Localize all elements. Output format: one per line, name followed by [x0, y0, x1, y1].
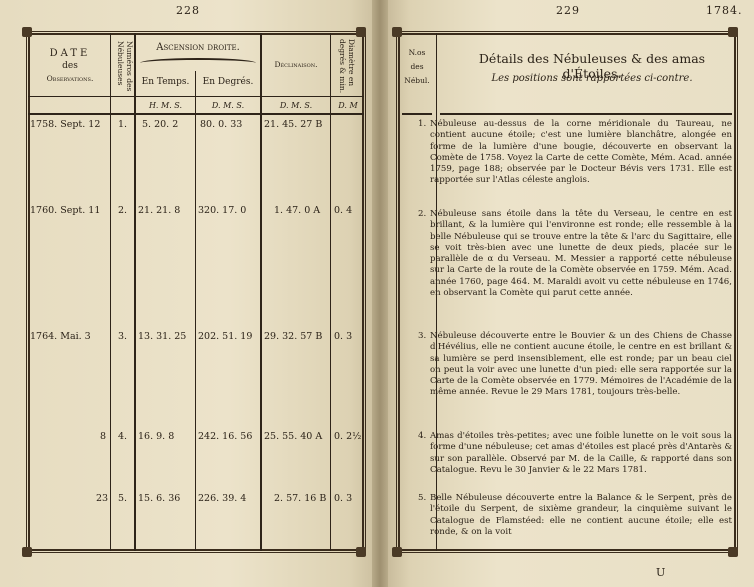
details-section: N.os des Nébul. Détails des Nébuleuses &…	[398, 33, 736, 551]
header-rule	[28, 96, 364, 97]
cell-date: 1758. Sept. 12	[30, 119, 100, 130]
column-divider	[330, 33, 331, 551]
page-year: 1784.	[706, 4, 743, 17]
cell-temps: 21. 21. 8	[138, 205, 180, 216]
cell-temps: 15. 6. 36	[138, 493, 180, 504]
cell-degres: 80. 0. 33	[200, 119, 242, 130]
cell-temps: 16. 9. 8	[138, 431, 174, 442]
entry-text: Belle Nébuleuse découverte entre la Bala…	[430, 493, 732, 538]
page-number: 228	[176, 4, 200, 17]
header-date-sub: des	[32, 61, 108, 72]
cell-num: 3.	[118, 331, 127, 342]
cell-diam: 0. 3	[334, 493, 352, 504]
left-page: 228 DATE des Observations. Numéros des N…	[0, 0, 380, 587]
cell-decl: 1. 47. 0 A	[274, 205, 320, 216]
header-numbers: des	[398, 61, 436, 72]
cell-diam: 0. 3	[334, 331, 352, 342]
observations-table: DATE des Observations. Numéros des Nébul…	[28, 33, 364, 551]
cell-temps: 5. 20. 2	[142, 119, 178, 130]
column-divider	[110, 33, 111, 551]
column-divider	[195, 71, 196, 551]
unit-dms: D. M. S.	[262, 100, 330, 111]
header-ascension: Ascension droite.	[136, 42, 260, 53]
header-date-sub: Observations.	[32, 73, 108, 84]
cell-num: 5.	[118, 493, 127, 504]
cell-decl: 21. 45. 27 B	[264, 119, 322, 130]
cell-date: 1764. Mai. 3	[30, 331, 91, 342]
header-declinaison: Déclinaison.	[262, 59, 330, 70]
cell-date: 23	[96, 493, 108, 504]
cell-date: 1760. Sept. 11	[30, 205, 100, 216]
page-number: 229	[556, 4, 580, 17]
cell-degres: 242. 16. 56	[198, 431, 252, 442]
header-diametre: Diamètre en degrés & min.	[338, 39, 356, 95]
cell-num: 2.	[118, 205, 127, 216]
entry-text: Nébuleuse sans étoile dans la tête du Ve…	[430, 209, 732, 299]
book-gutter	[372, 0, 388, 587]
entry-text: Nébuleuse au-dessus de la corne méridion…	[430, 119, 732, 187]
header-en-temps: En Temps.	[136, 77, 195, 88]
cell-degres: 226. 39. 4	[198, 493, 246, 504]
header-numbers: Numéros des Nébuleuses	[116, 41, 134, 93]
brace-icon	[140, 58, 256, 68]
page-subtitle: Les positions sont rapportées ci-contre.	[448, 73, 736, 84]
header-rule	[440, 113, 732, 115]
signature-mark: U	[656, 566, 665, 579]
cell-decl: 25. 55. 40 A	[264, 431, 322, 442]
cell-date: 8	[100, 431, 106, 442]
cell-temps: 13. 31. 25	[138, 331, 186, 342]
cell-decl: 29. 32. 57 B	[264, 331, 322, 342]
entry-text: Nébuleuse découverte entre le Bouvier & …	[430, 331, 732, 399]
unit-dm: D. M	[332, 100, 364, 111]
unit-dms: D. M. S.	[196, 100, 260, 111]
entry-text: Amas d'étoiles très-petites; avec une fo…	[430, 431, 732, 476]
header-rule	[402, 113, 432, 115]
cell-diam: 0. 4	[334, 205, 352, 216]
cell-diam: 0. 2½	[334, 431, 361, 442]
cell-decl: 2. 57. 16 B	[274, 493, 326, 504]
cell-num: 4.	[118, 431, 127, 442]
unit-hms: H. M. S.	[136, 100, 195, 111]
header-date: DATE	[32, 48, 108, 59]
cell-num: 1.	[118, 119, 127, 130]
header-numbers: N.os	[398, 47, 436, 58]
cell-degres: 320. 17. 0	[198, 205, 246, 216]
header-numbers: Nébul.	[398, 75, 436, 86]
header-en-degres: En Degrés.	[196, 77, 260, 88]
cell-degres: 202. 51. 19	[198, 331, 252, 342]
header-rule	[28, 113, 364, 115]
